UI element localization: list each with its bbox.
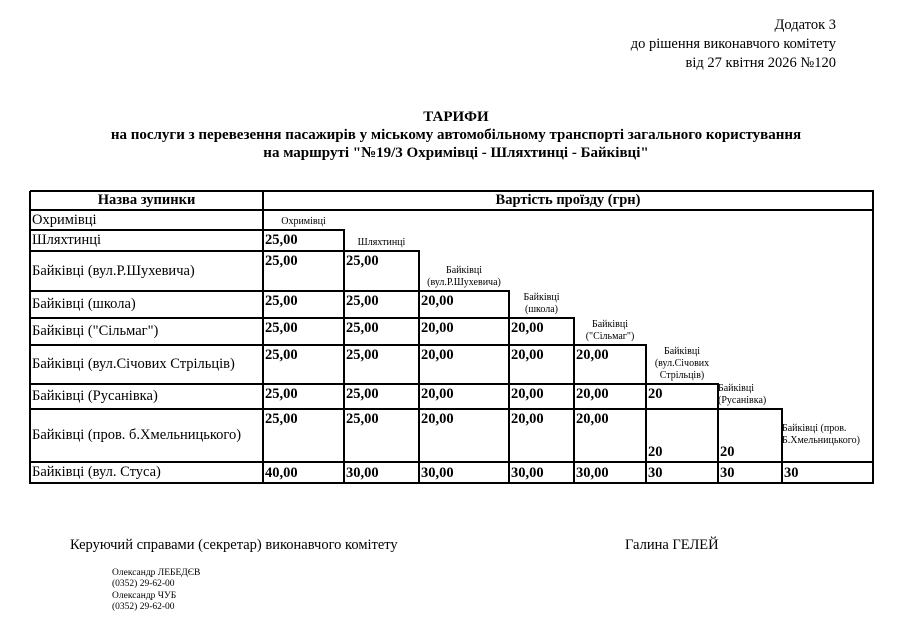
fare-cell: 25,00 — [263, 346, 346, 384]
contact-name: Олександр ЛЕБЕДЄВ — [112, 568, 200, 579]
fare-cell: 20,00 — [509, 319, 576, 345]
fare-cell: 20,00 — [419, 292, 511, 318]
table-rule — [508, 462, 509, 484]
column-heading: Байківці (Русанівка) — [718, 384, 788, 409]
fare-cell: 30,00 — [574, 463, 648, 483]
column-heading: Байківці (школа) — [509, 291, 574, 318]
table-rule — [418, 462, 419, 484]
fare-cell: 20,00 — [509, 346, 576, 384]
fare-cell: 20 — [646, 410, 720, 461]
header-stop-name: Назва зупинки — [30, 191, 263, 210]
signatory-position: Керуючий справами (секретар) виконавчого… — [70, 537, 398, 554]
fare-cell: 25,00 — [263, 410, 346, 462]
table-rule — [872, 462, 873, 484]
signatory-name: Галина ГЕЛЕЙ — [625, 537, 719, 554]
stop-name-cell: Байківці (вул.Р.Шухевича) — [30, 251, 265, 291]
column-heading: Байківці (вул.Січових Стрільців) — [646, 345, 718, 384]
table-rule — [717, 462, 718, 484]
fare-cell: 30 — [718, 463, 784, 483]
fare-cell: 20,00 — [419, 410, 511, 462]
stop-name-cell: Охримівці — [30, 210, 265, 230]
fare-cell: 30,00 — [344, 463, 421, 483]
column-heading: Байківці (пров. Б.Хмельницького) — [782, 409, 877, 462]
fare-cell: 20,00 — [509, 385, 576, 409]
fare-cell: 25,00 — [263, 252, 346, 291]
fare-cell: 25,00 — [344, 385, 421, 409]
fare-cell: 30 — [782, 463, 875, 483]
fare-cell: 25,00 — [344, 346, 421, 384]
fare-cell: 20,00 — [419, 319, 511, 345]
fare-cell: 20 — [646, 385, 720, 409]
stop-name-cell: Байківці (школа) — [30, 291, 265, 318]
fare-cell: 20,00 — [509, 410, 576, 462]
fare-cell: 25,00 — [344, 319, 421, 345]
table-rule — [573, 462, 574, 484]
fare-cell: 25,00 — [344, 252, 421, 291]
fare-cell: 40,00 — [263, 463, 346, 483]
contact-name: Олександр ЧУБ — [112, 591, 200, 602]
fare-cell: 25,00 — [344, 410, 421, 462]
fare-cell: 20,00 — [419, 385, 511, 409]
fare-cell: 20,00 — [574, 385, 648, 409]
fare-cell: 25,00 — [263, 231, 346, 251]
stop-name-cell: Байківці ("Сільмаг") — [30, 318, 265, 345]
fare-cell: 20 — [718, 410, 784, 461]
fare-cell: 25,00 — [263, 319, 346, 345]
column-heading: Байківці ("Сільмаг") — [574, 318, 646, 345]
fare-cell: 25,00 — [263, 292, 346, 318]
table-rule — [781, 462, 782, 484]
table-rule — [645, 462, 646, 484]
stop-name-cell: Шляхтинці — [30, 230, 265, 251]
fare-cell: 20,00 — [574, 410, 648, 462]
column-heading: Шляхтинці — [344, 230, 419, 251]
fare-cell: 20,00 — [419, 346, 511, 384]
fare-cell: 25,00 — [263, 385, 346, 409]
contact-phone: (0352) 29-62-00 — [112, 579, 200, 590]
fare-cell: 20,00 — [574, 346, 648, 384]
fare-cell: 30 — [646, 463, 720, 483]
contacts-block: Олександр ЛЕБЕДЄВ (0352) 29-62-00 Олекса… — [112, 568, 200, 613]
stop-name-cell: Байківці (пров. б.Хмельницького) — [30, 409, 265, 462]
fare-cell: 30,00 — [419, 463, 511, 483]
stop-name-cell: Байківці (Русанівка) — [30, 384, 265, 409]
column-heading: Байківці (вул.Р.Шухевича) — [419, 251, 509, 291]
fare-cell: 30,00 — [509, 463, 576, 483]
header-fare: Вартість проїзду (грн) — [263, 191, 873, 210]
table-rule — [262, 210, 263, 484]
fare-cell: 25,00 — [344, 292, 421, 318]
contact-phone: (0352) 29-62-00 — [112, 602, 200, 613]
stop-name-cell: Байківці (вул.Січових Стрільців) — [30, 345, 265, 384]
stop-name-cell: Байківці (вул. Стуса) — [30, 462, 265, 483]
column-heading: Охримівці — [263, 210, 344, 230]
fare-table: Назва зупинкиВартість проїзду (грн)Охрим… — [0, 0, 912, 621]
table-rule — [343, 462, 344, 484]
